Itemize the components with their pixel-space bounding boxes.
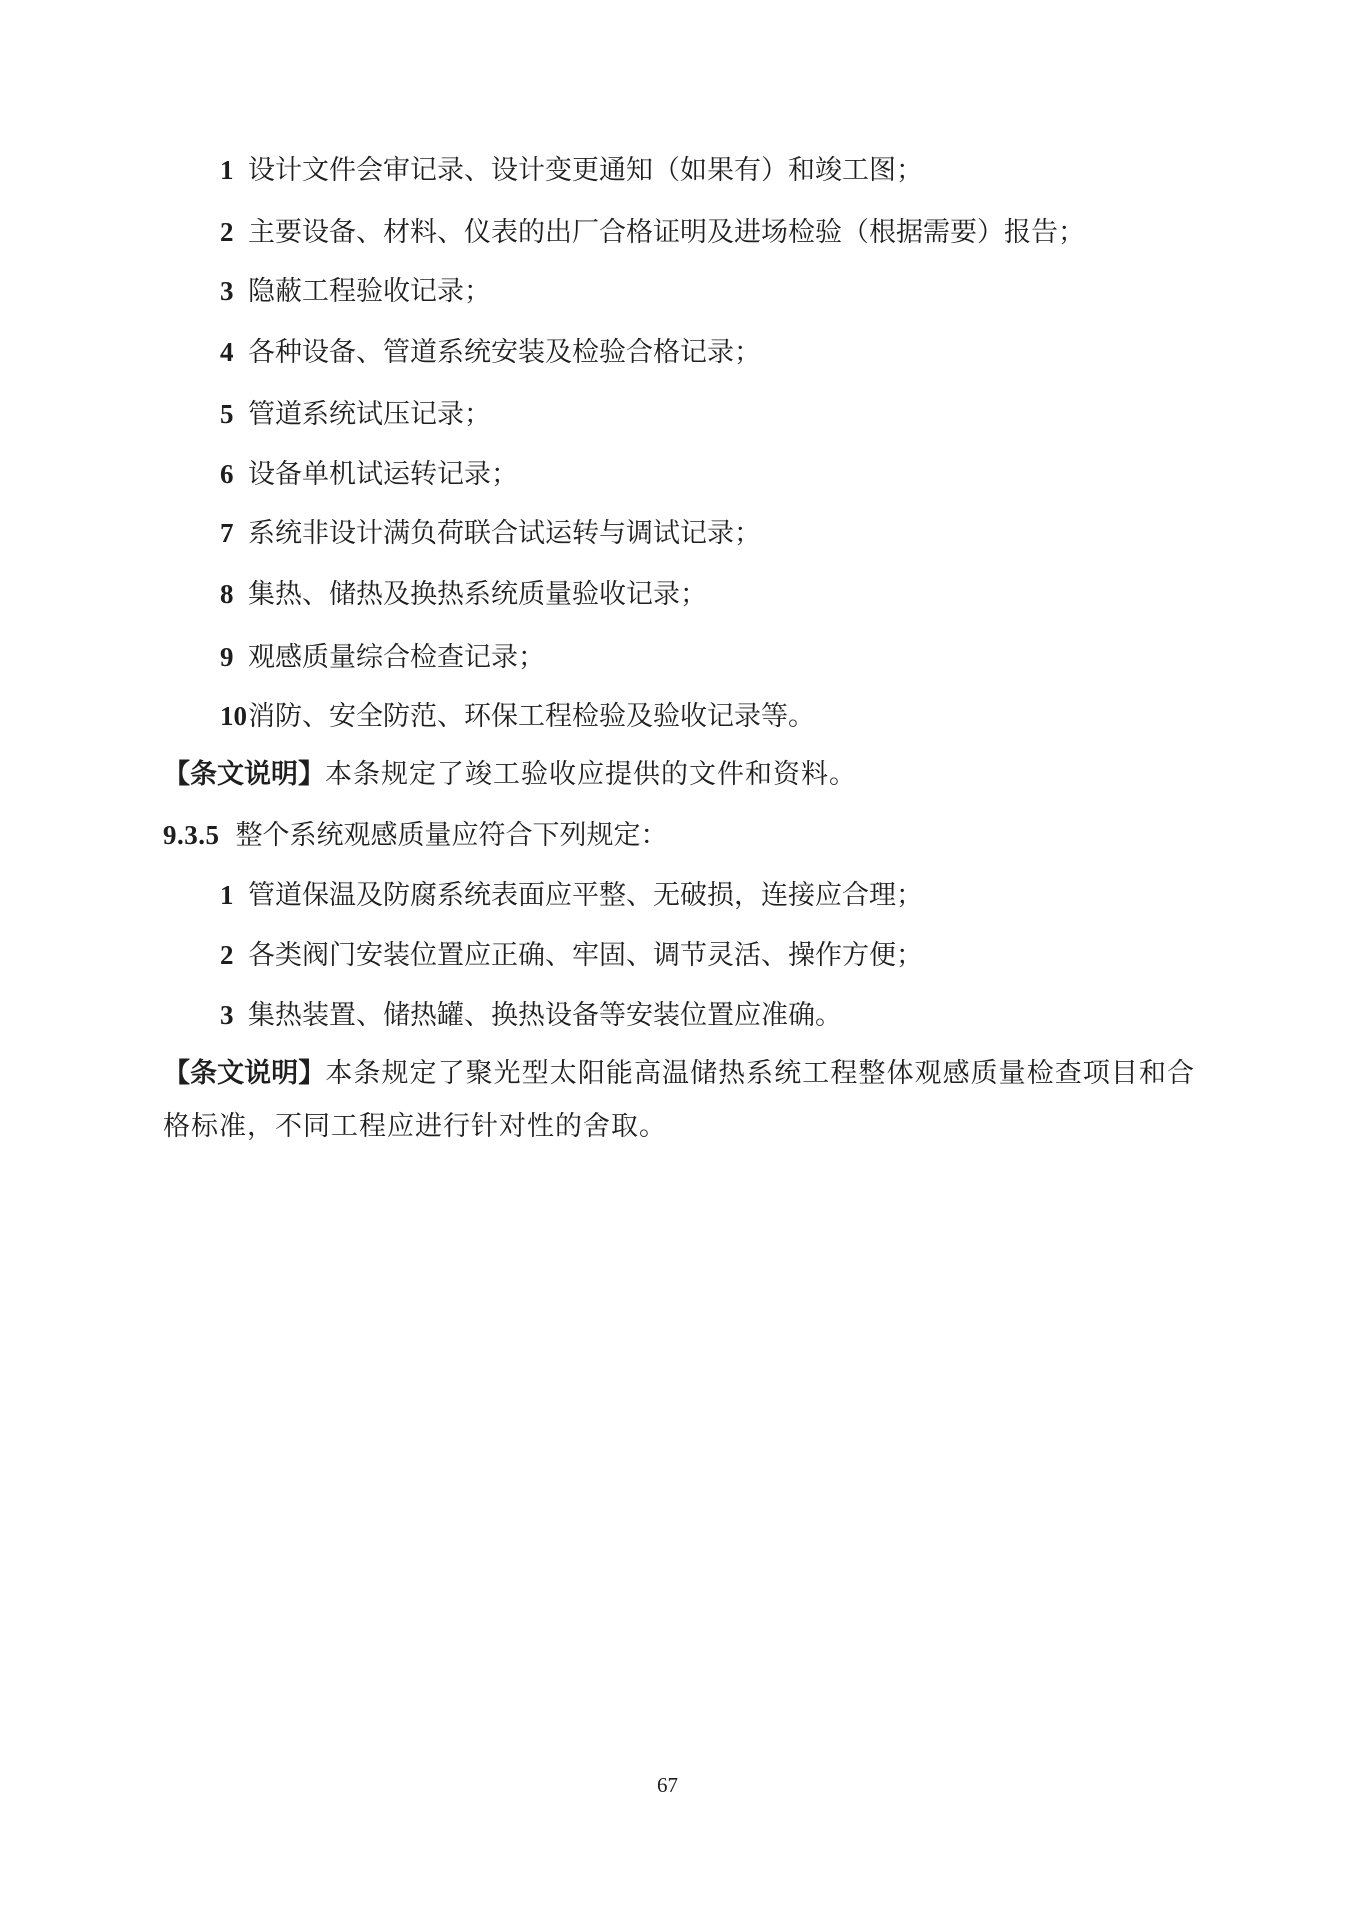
item-number: 9 bbox=[220, 640, 248, 674]
item-number: 8 bbox=[220, 577, 248, 611]
list-item: 3隐蔽工程验收记录； bbox=[220, 274, 491, 308]
item-text: 设备单机试运转记录； bbox=[248, 459, 518, 489]
item-number: 6 bbox=[220, 457, 248, 491]
item-text: 消防、安全防范、环保工程检验及验收记录等。 bbox=[248, 701, 815, 731]
item-number: 1 bbox=[220, 153, 248, 187]
list-item: 2各类阀门安装位置应正确、牢固、调节灵活、操作方便； bbox=[220, 938, 923, 972]
note-label: 【条文说明】 bbox=[163, 759, 325, 789]
item-text: 观感质量综合检查记录； bbox=[248, 642, 545, 672]
list-item: 2主要设备、材料、仪表的出厂合格证明及进场检验（根据需要）报告； bbox=[220, 215, 1085, 249]
item-number: 2 bbox=[220, 215, 248, 249]
note-label: 【条文说明】 bbox=[163, 1058, 325, 1088]
list-item: 10消防、安全防范、环保工程检验及验收记录等。 bbox=[220, 699, 815, 733]
item-number: 3 bbox=[220, 274, 248, 308]
clause-note: 【条文说明】本条规定了竣工验收应提供的文件和资料。 bbox=[163, 757, 857, 791]
item-text: 系统非设计满负荷联合试运转与调试记录； bbox=[248, 518, 761, 548]
item-text: 各类阀门安装位置应正确、牢固、调节灵活、操作方便； bbox=[248, 940, 923, 970]
list-item: 7系统非设计满负荷联合试运转与调试记录； bbox=[220, 516, 761, 550]
item-number: 5 bbox=[220, 397, 248, 431]
section-title: 整个系统观感质量应符合下列规定： bbox=[236, 820, 668, 850]
list-item: 9观感质量综合检查记录； bbox=[220, 640, 545, 674]
item-number: 3 bbox=[220, 998, 248, 1032]
item-text: 管道保温及防腐系统表面应平整、无破损，连接应合理； bbox=[248, 880, 923, 910]
item-text: 集热、储热及换热系统质量验收记录； bbox=[248, 579, 707, 609]
list-item: 5管道系统试压记录； bbox=[220, 397, 491, 431]
list-item: 4各种设备、管道系统安装及检验合格记录； bbox=[220, 335, 761, 369]
item-number: 7 bbox=[220, 516, 248, 550]
item-text: 各种设备、管道系统安装及检验合格记录； bbox=[248, 337, 761, 367]
page-number: 67 bbox=[0, 1772, 1335, 1798]
item-text: 主要设备、材料、仪表的出厂合格证明及进场检验（根据需要）报告； bbox=[248, 217, 1085, 247]
list-item: 6设备单机试运转记录； bbox=[220, 457, 518, 491]
item-number: 2 bbox=[220, 938, 248, 972]
item-text: 隐蔽工程验收记录； bbox=[248, 276, 491, 306]
document-page: 1设计文件会审记录、设计变更通知（如果有）和竣工图； 2主要设备、材料、仪表的出… bbox=[0, 0, 1357, 1920]
item-text: 设计文件会审记录、设计变更通知（如果有）和竣工图； bbox=[248, 155, 923, 185]
clause-note: 【条文说明】本条规定了聚光型太阳能高温储热系统工程整体观感质量检查项目和合格标准… bbox=[163, 1047, 1195, 1153]
item-number: 10 bbox=[220, 699, 248, 733]
item-text: 集热装置、储热罐、换热设备等安装位置应准确。 bbox=[248, 1000, 842, 1030]
item-number: 1 bbox=[220, 878, 248, 912]
section-heading: 9.3.5整个系统观感质量应符合下列规定： bbox=[163, 818, 668, 852]
list-item: 1管道保温及防腐系统表面应平整、无破损，连接应合理； bbox=[220, 878, 923, 912]
list-item: 8集热、储热及换热系统质量验收记录； bbox=[220, 577, 707, 611]
item-number: 4 bbox=[220, 335, 248, 369]
note-text: 本条规定了竣工验收应提供的文件和资料。 bbox=[325, 759, 857, 789]
section-number: 9.3.5 bbox=[163, 820, 220, 850]
list-item: 3集热装置、储热罐、换热设备等安装位置应准确。 bbox=[220, 998, 842, 1032]
list-item: 1设计文件会审记录、设计变更通知（如果有）和竣工图； bbox=[220, 153, 923, 187]
item-text: 管道系统试压记录； bbox=[248, 399, 491, 429]
